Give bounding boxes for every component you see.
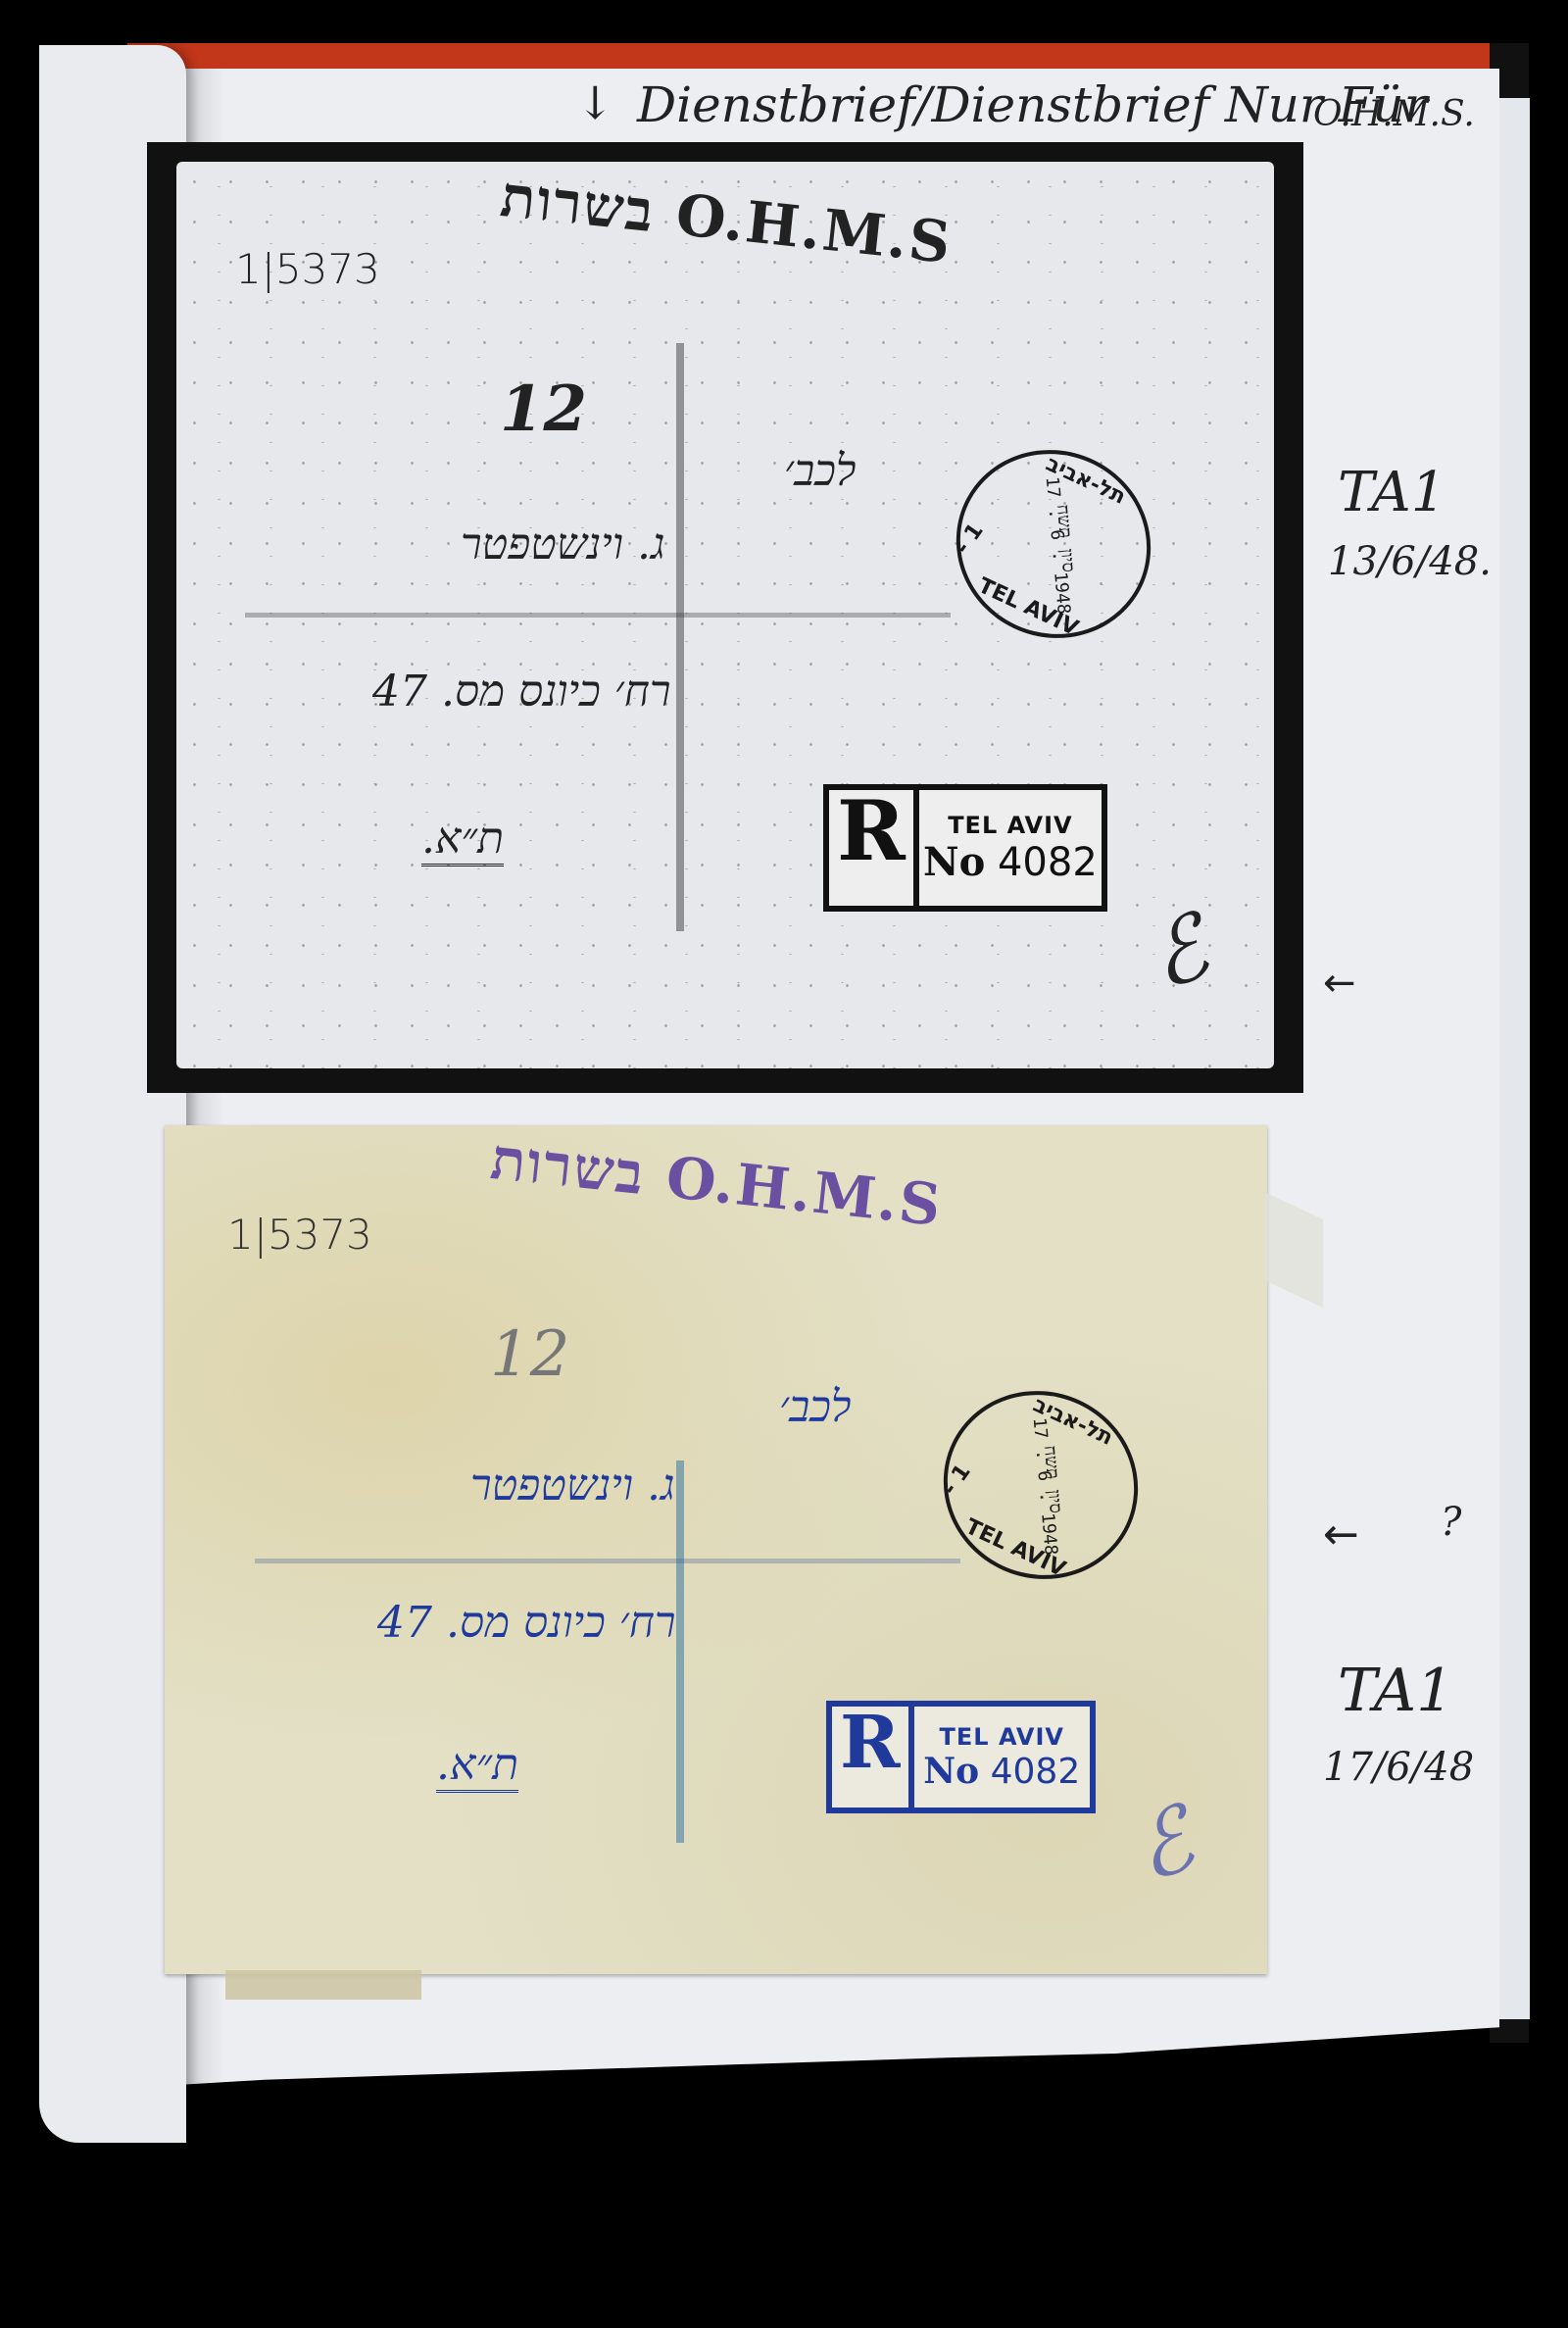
hinge-tape	[225, 1970, 421, 2000]
margin-note-top-line2: 13/6/48.	[1328, 539, 1492, 584]
registration-no-label: No	[923, 839, 985, 885]
address-line-2: ג. וינשטפטר	[461, 520, 665, 570]
address-line-4: ת״א.	[421, 814, 504, 867]
margin-note-bottom-line1: TA1	[1338, 1657, 1453, 1725]
address-line-3: רח׳ כיונס מס. 47	[377, 1598, 676, 1648]
crossed-line-vertical	[676, 1461, 684, 1843]
reference-number: 1|5373	[235, 245, 380, 293]
registration-number: 4082	[991, 1752, 1081, 1792]
question-mark: ?	[1441, 1500, 1461, 1545]
registration-no-label: No	[923, 1751, 979, 1792]
number-mark: 12	[490, 1318, 569, 1391]
reference-number: 1|5373	[227, 1211, 372, 1259]
address-line-3: רח׳ כיונס מס. 47	[372, 667, 671, 717]
address-line-1: לכב׳	[784, 446, 856, 496]
margin-note-top-line1: TA1	[1338, 461, 1445, 524]
registration-city: TEL AVIV	[940, 1723, 1064, 1751]
registration-city: TEL AVIV	[948, 812, 1072, 839]
address-line-4: ת״א.	[436, 1740, 518, 1793]
header-arrow: ↓	[576, 76, 614, 129]
margin-note-bottom-line2: 17/6/48	[1323, 1745, 1474, 1790]
address-line-1: לכב׳	[779, 1382, 851, 1432]
address-line-2: ג. וינשטפטר	[470, 1461, 675, 1511]
crossed-line-horizontal	[255, 1559, 960, 1563]
ohms-note: O.H.M.S.	[1313, 94, 1475, 134]
arrow-icon: ←	[1323, 1510, 1359, 1560]
registration-label: R TEL AVIV No 4082	[823, 784, 1107, 912]
registration-letter: R	[829, 790, 919, 906]
arrow-icon: ←	[1323, 961, 1356, 1006]
number-mark: 12	[500, 372, 587, 446]
header-note: Dienstbrief/Dienstbrief Nur Für	[637, 76, 1428, 133]
crossed-line-horizontal	[245, 613, 951, 618]
crossed-line-vertical	[676, 343, 684, 931]
registration-label: R TEL AVIV No 4082	[826, 1701, 1096, 1813]
registration-number: 4082	[998, 840, 1098, 885]
registration-letter: R	[832, 1707, 914, 1808]
